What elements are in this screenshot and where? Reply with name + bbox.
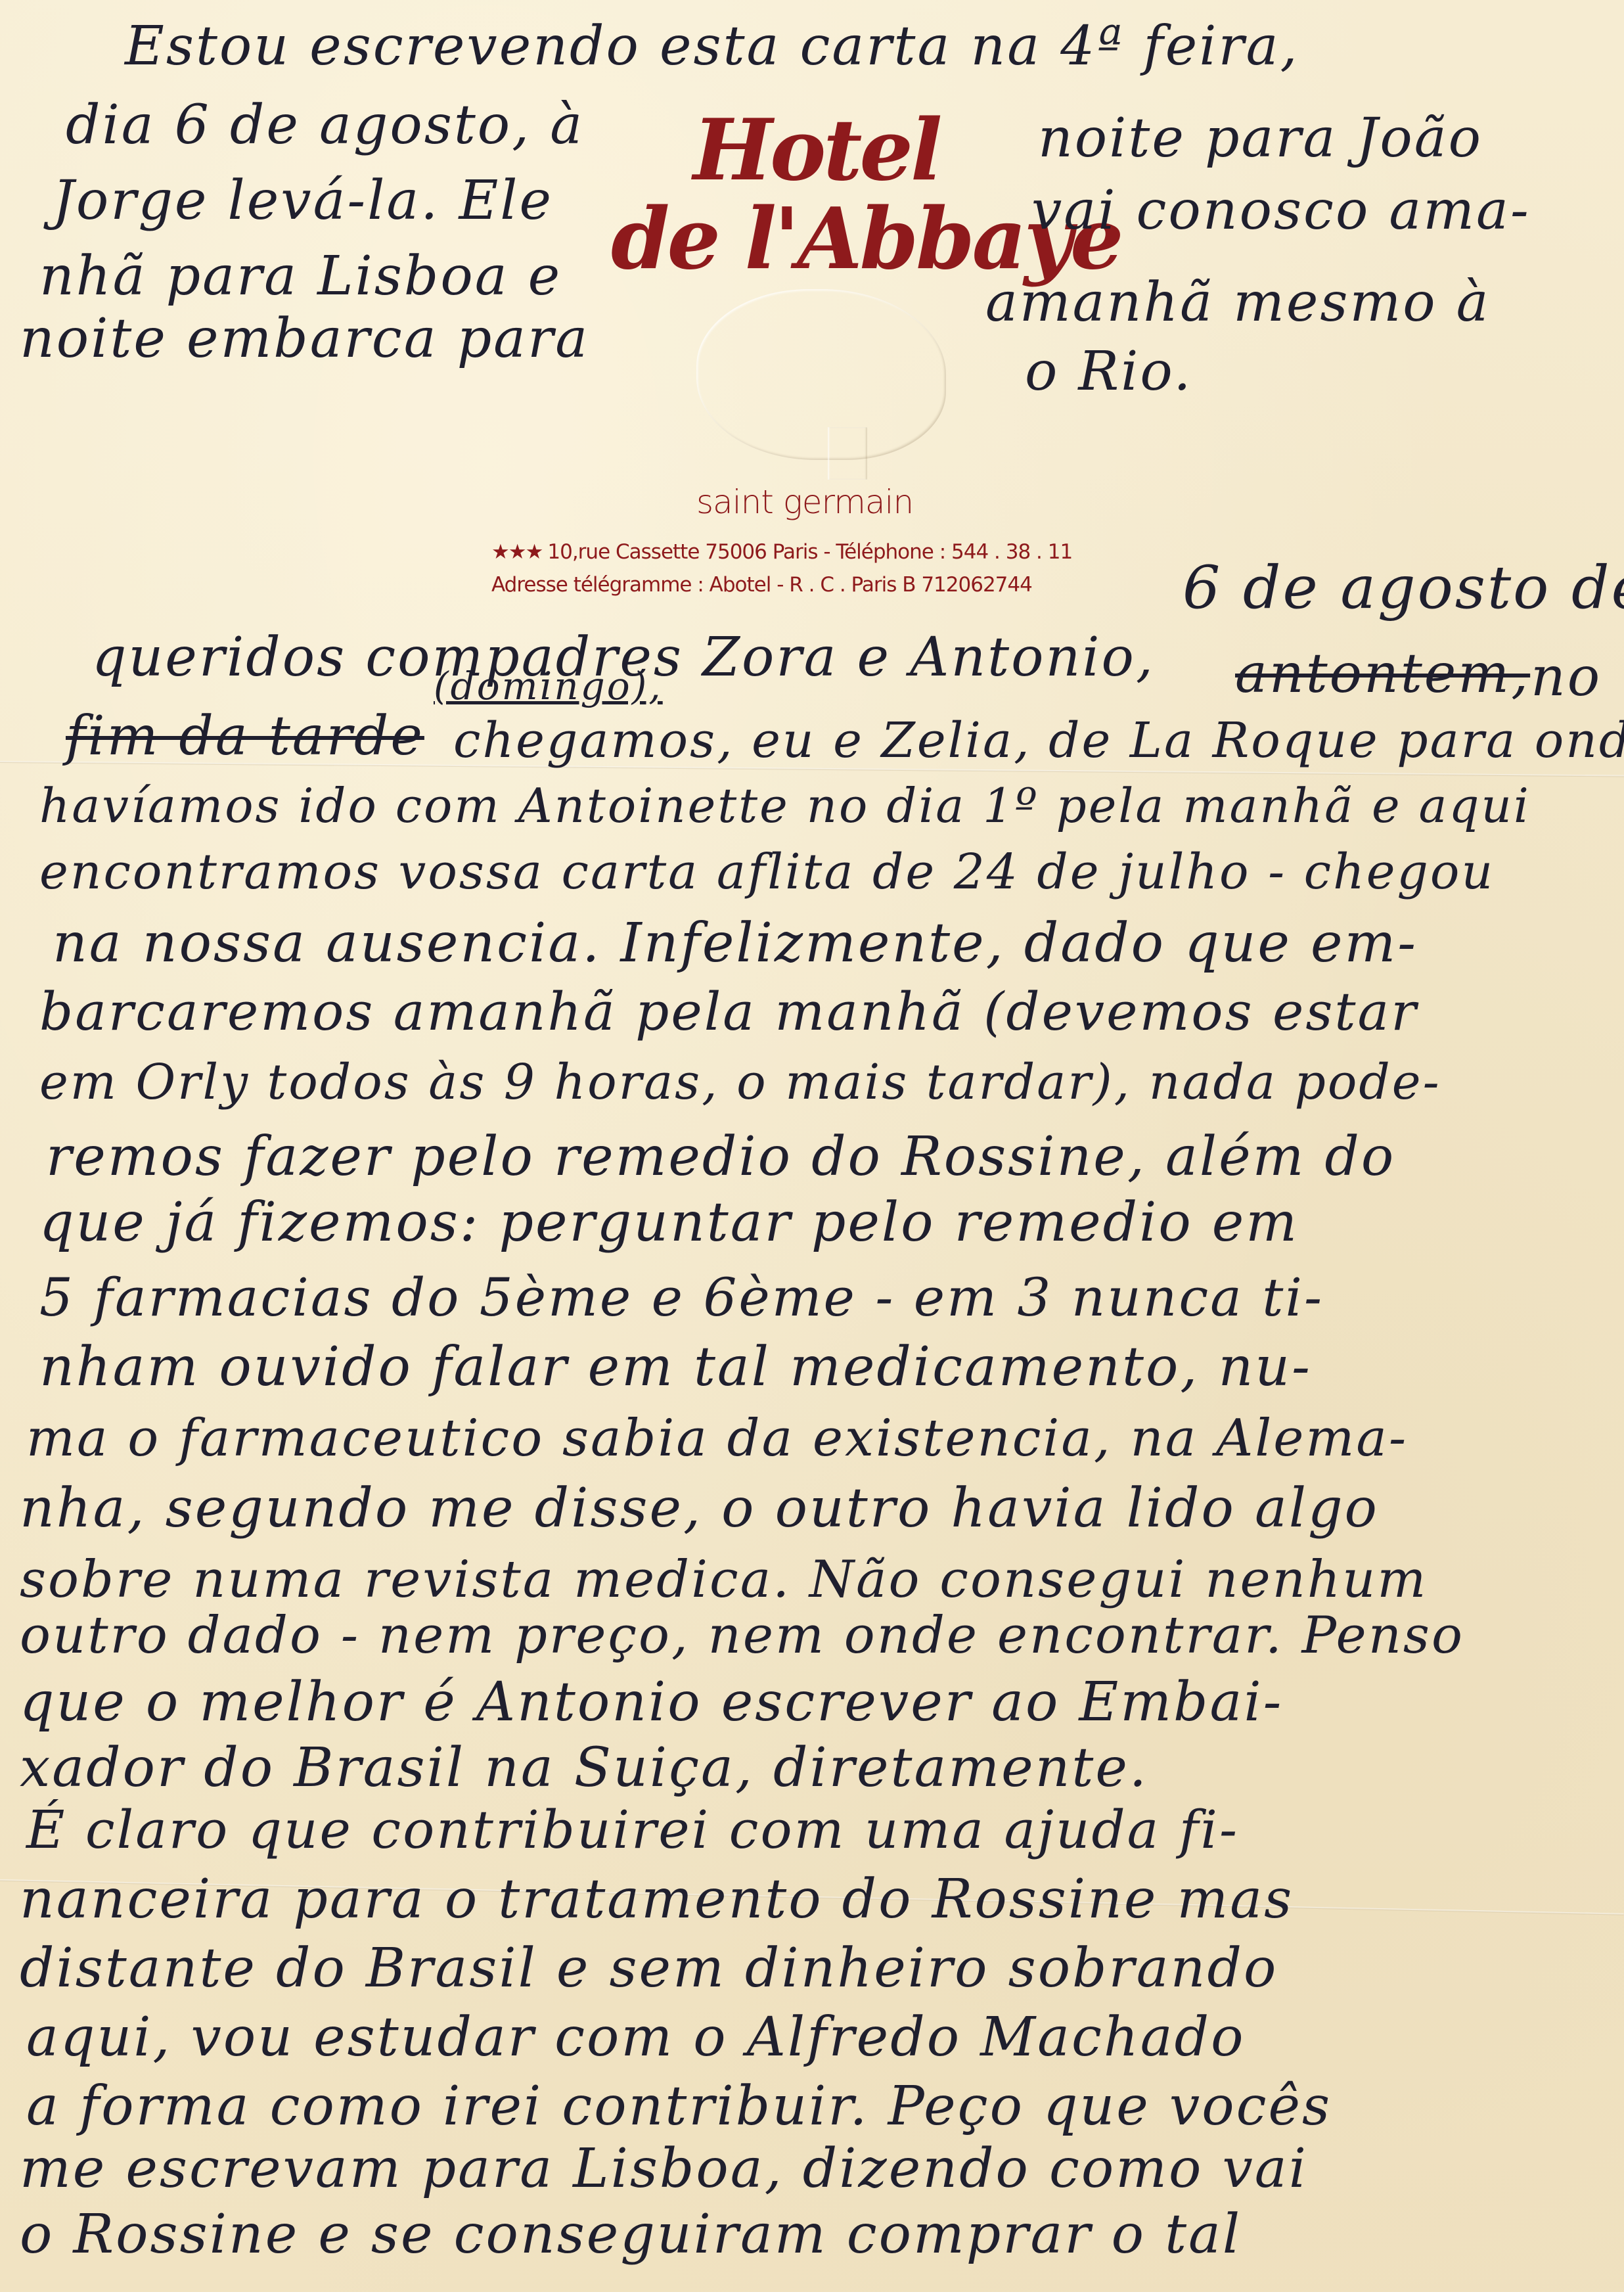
body-line: barcaremos amanhã pela manhã (devemos es… bbox=[39, 986, 1418, 1038]
note-line: Estou escrevendo esta carta na 4ª feira, bbox=[125, 20, 1299, 74]
address-text: 10,rue Cassette 75006 Paris - Téléphone … bbox=[547, 540, 1072, 564]
body-line: ma o farmaceutico sabia da existencia, n… bbox=[26, 1413, 1408, 1464]
body-line: remos fazer pelo remedio do Rossine, alé… bbox=[46, 1130, 1395, 1184]
struck-phrase: fim da tarde bbox=[66, 710, 424, 764]
body-line: me escrevam para Lisboa, dizendo como va… bbox=[20, 2142, 1308, 2196]
note-line: o Rio. bbox=[1025, 345, 1192, 399]
letterhead-telegram: Adresse télégramme : Abotel - R . C . Pa… bbox=[491, 573, 1032, 597]
body-line: nham ouvido falar em tal medicamento, nu… bbox=[39, 1341, 1312, 1394]
letterhead-address: ★★★10,rue Cassette 75006 Paris - Télépho… bbox=[491, 540, 1072, 564]
inserted-word: (domingo), bbox=[434, 667, 663, 705]
body-line: nanceira para o tratamento do Rossine ma… bbox=[20, 1873, 1294, 1927]
body-line: outro dado - nem preço, nem onde encontr… bbox=[20, 1610, 1464, 1661]
body-line: nha, segundo me disse, o outro havia lid… bbox=[20, 1482, 1379, 1536]
star-rating-icon: ★★★ bbox=[491, 540, 542, 564]
body-line: distante do Brasil e sem dinheiro sobran… bbox=[20, 1942, 1278, 1996]
body-line: na nossa ausencia. Infelizmente, dado qu… bbox=[53, 917, 1418, 971]
note-line: nhã para Lisboa e bbox=[39, 250, 562, 304]
body-line: aqui, vou estudar com o Alfredo Machado bbox=[26, 2011, 1245, 2065]
body-line: o Rossine e se conseguiram comprar o tal bbox=[20, 2208, 1242, 2262]
body-line: encontramos vossa carta aflita de 24 de … bbox=[39, 848, 1495, 896]
body-line: 5 farmacias do 5ème e 6ème - em 3 nunca … bbox=[39, 1272, 1324, 1324]
embossed-tree-logo bbox=[696, 289, 946, 460]
body-line: que o melhor é Antonio escrever ao Embai… bbox=[20, 1676, 1283, 1730]
note-line: Jorge levá-la. Ele bbox=[53, 174, 553, 228]
body-line: a forma como irei contribuir. Peço que v… bbox=[26, 2080, 1332, 2134]
body-line: havíamos ido com Antoinette no dia 1º pe… bbox=[39, 782, 1531, 829]
note-line: dia 6 de agosto, à bbox=[66, 99, 584, 152]
letterhead-hotel-name: Hotel bbox=[693, 108, 940, 193]
note-line: vai conosco ama- bbox=[1031, 184, 1531, 238]
embossed-tree-trunk bbox=[828, 427, 867, 480]
body-line: chegamos, eu e Zelia, de La Roque para o… bbox=[453, 716, 1624, 765]
body-line: no bbox=[1531, 651, 1602, 704]
note-line: amanhã mesmo à bbox=[985, 276, 1491, 330]
body-line: que já fizemos: perguntar pelo remedio e… bbox=[39, 1196, 1299, 1250]
note-line: noite para João bbox=[1038, 112, 1483, 166]
body-line: xador do Brasil na Suiça, diretamente. bbox=[20, 1741, 1148, 1795]
body-line: em Orly todos às 9 horas, o mais tardar)… bbox=[39, 1058, 1441, 1107]
body-line: É claro que contribuirei com uma ajuda f… bbox=[26, 1804, 1239, 1856]
note-line: noite embarca para bbox=[20, 312, 589, 366]
letterhead-subtitle: saint germain bbox=[696, 483, 913, 521]
body-line: sobre numa revista medica. Não consegui … bbox=[20, 1554, 1428, 1605]
letter-date: 6 de agosto de 1985 bbox=[1183, 559, 1624, 618]
struck-word: antontem, bbox=[1235, 647, 1530, 701]
